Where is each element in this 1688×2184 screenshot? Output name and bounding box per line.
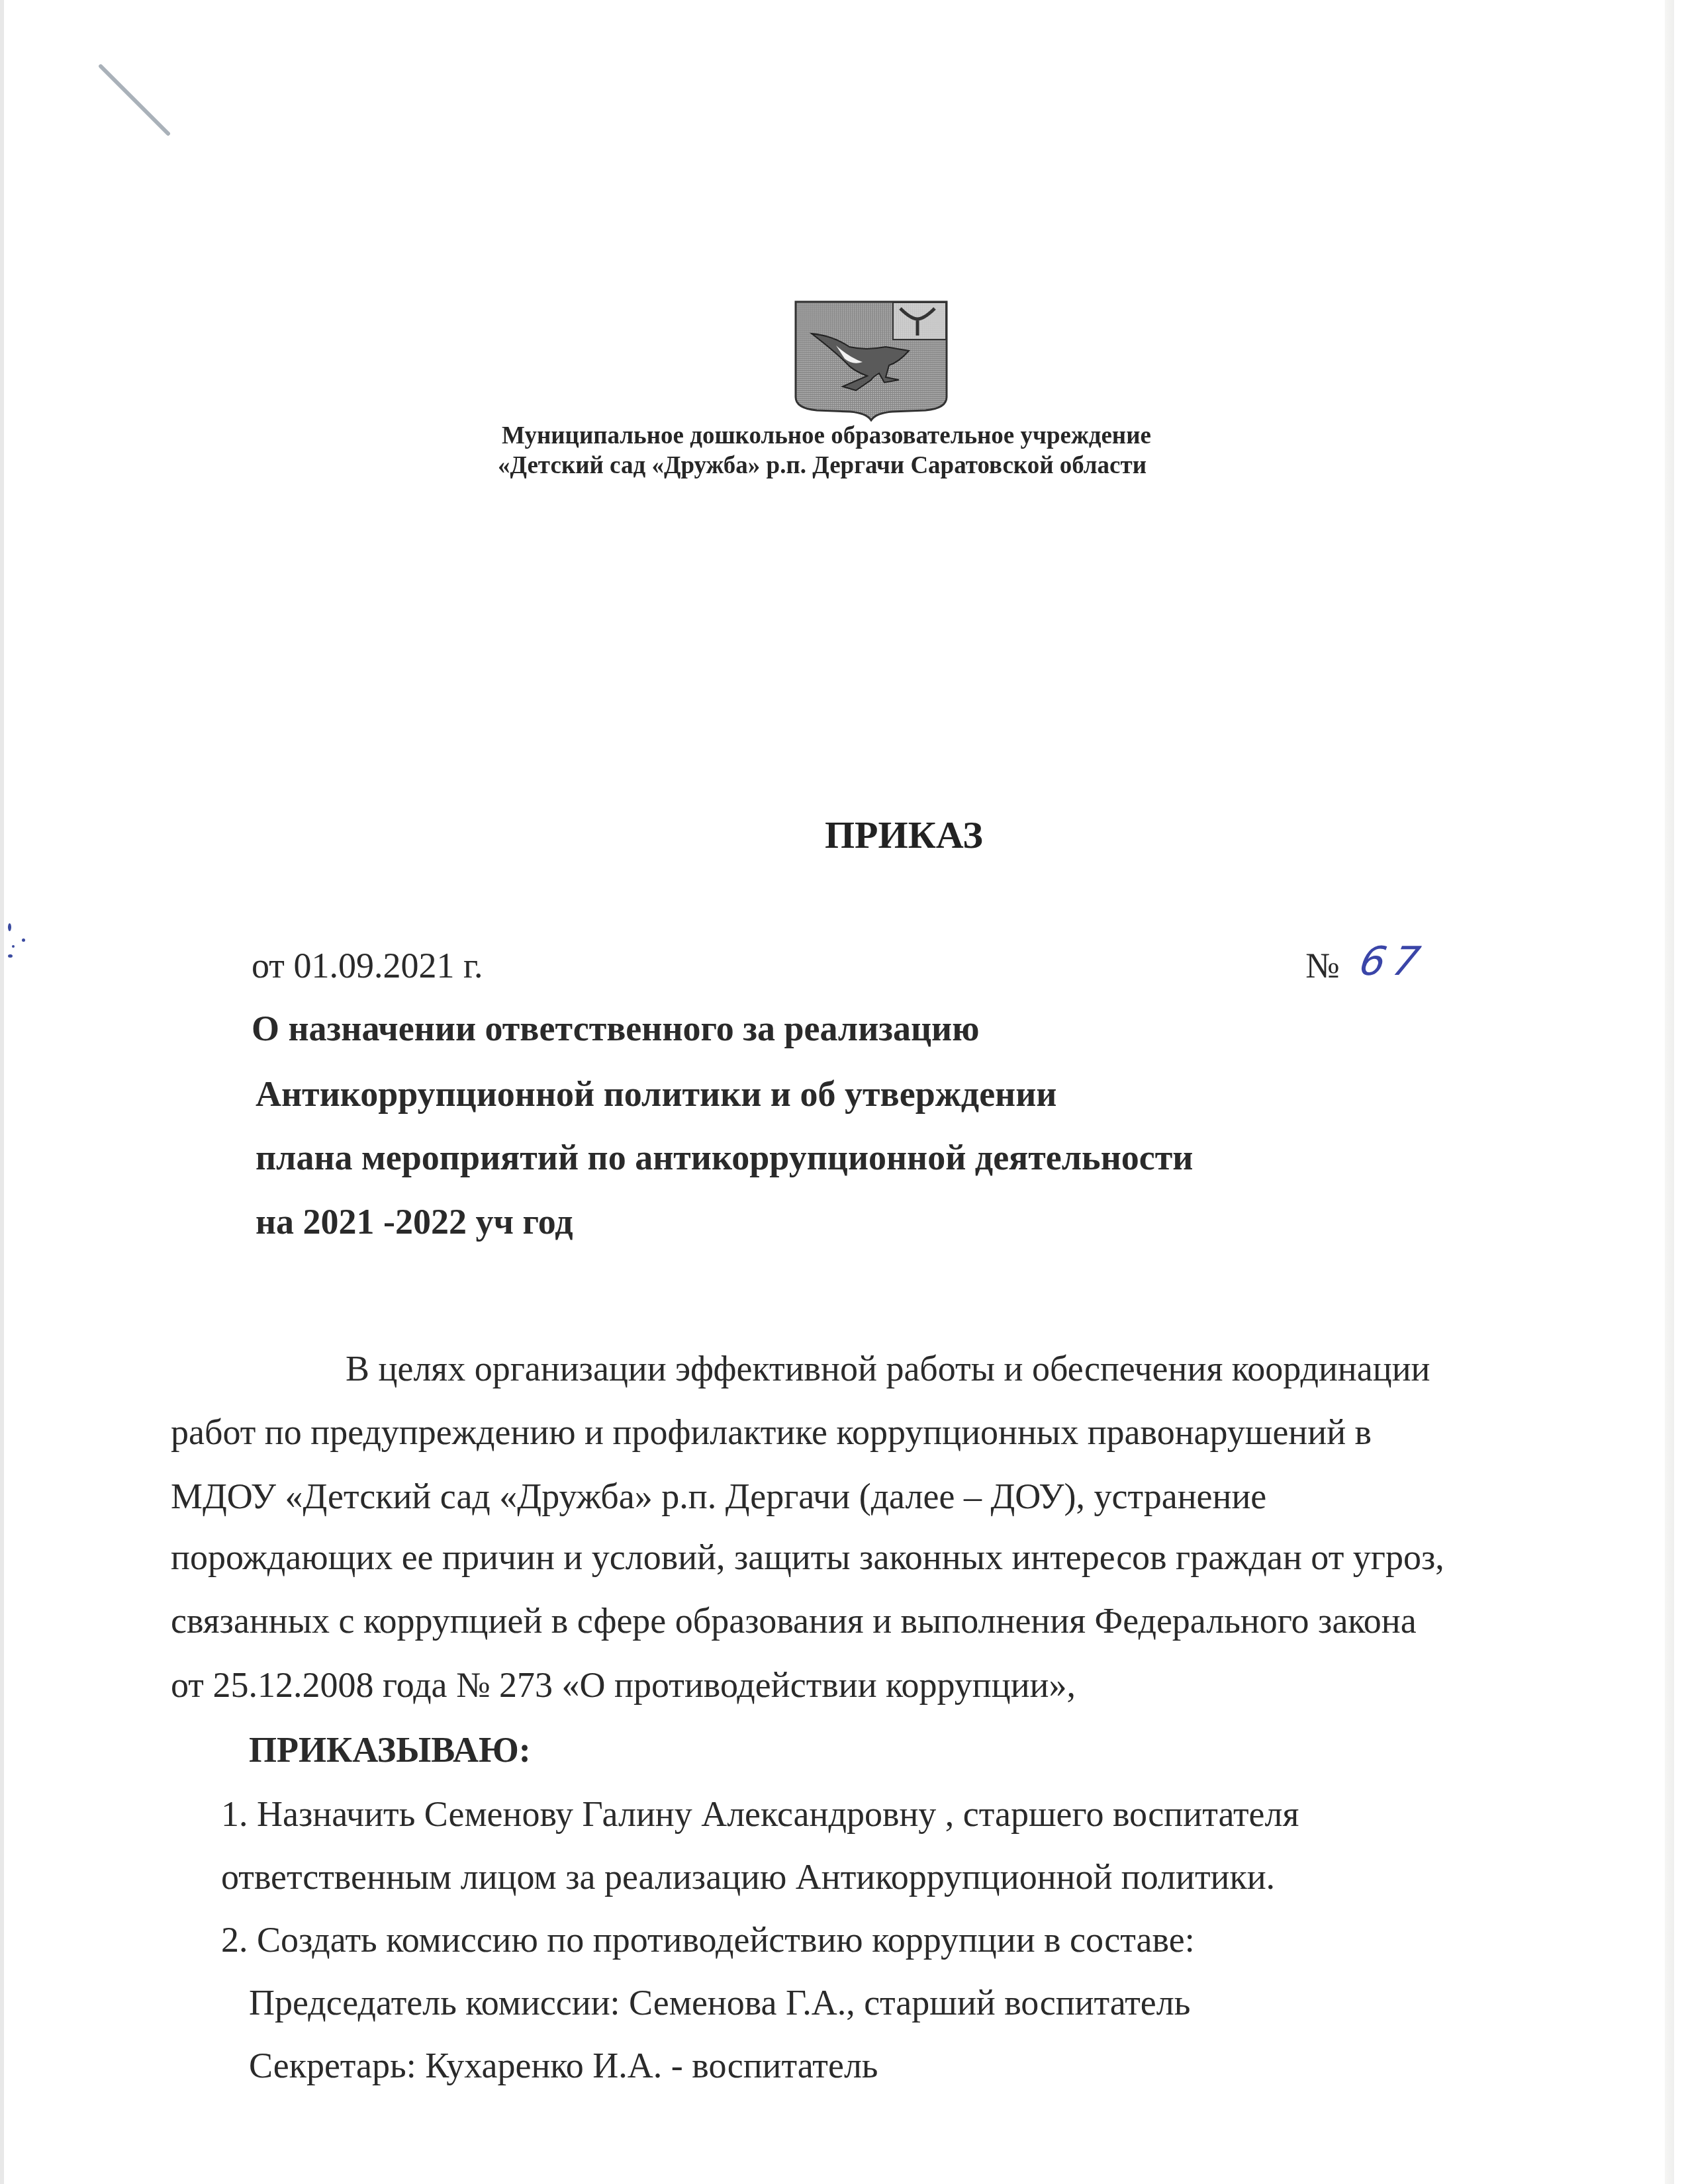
order-number-sign: № bbox=[1305, 945, 1340, 986]
coat-of-arms-icon bbox=[793, 299, 949, 422]
order-word: ПРИКАЗЫВАЮ: bbox=[249, 1729, 531, 1770]
document-type-title: ПРИКАЗ bbox=[825, 813, 983, 857]
staple-mark bbox=[98, 64, 171, 136]
subject-line: О назначении ответственного за реализаци… bbox=[252, 1008, 979, 1049]
order-item-1: 1. Назначить Семенову Галину Александров… bbox=[221, 1794, 1299, 1835]
subject-line: Антикоррупционной политики и об утвержде… bbox=[256, 1073, 1056, 1115]
org-name-line2: «Детский сад «Дружба» р.п. Дергачи Сарат… bbox=[498, 451, 1147, 480]
order-number-handwritten: 67 bbox=[1356, 938, 1432, 985]
commission-chairman: Председатель комиссии: Семенова Г.А., ст… bbox=[249, 1982, 1190, 2023]
preamble-line: порождающих ее причин и условий, защиты … bbox=[171, 1537, 1444, 1578]
scan-speck bbox=[12, 945, 15, 948]
scan-speck bbox=[22, 938, 25, 942]
preamble-line: от 25.12.2008 года № 273 «О противодейст… bbox=[171, 1664, 1076, 1706]
subject-line: плана мероприятий по антикоррупционной д… bbox=[256, 1137, 1193, 1178]
preamble-line: МДОУ «Детский сад «Дружба» р.п. Дергачи … bbox=[171, 1476, 1266, 1517]
preamble-line: связанных с коррупцией в сфере образован… bbox=[171, 1600, 1417, 1641]
scan-edge-left bbox=[0, 0, 4, 2184]
scan-speck bbox=[8, 923, 11, 931]
scan-edge-right bbox=[1665, 0, 1674, 2184]
subject-line: на 2021 -2022 уч год bbox=[256, 1201, 573, 1242]
scan-speck bbox=[8, 954, 13, 958]
preamble-line: В целях организации эффективной работы и… bbox=[346, 1348, 1430, 1389]
order-date: от 01.09.2021 г. bbox=[252, 945, 483, 986]
order-item-2: 2. Создать комиссию по противодействию к… bbox=[221, 1919, 1195, 1960]
preamble-line: работ по предупреждению и профилактике к… bbox=[171, 1412, 1372, 1453]
org-name-line1: Муниципальное дошкольное образовательное… bbox=[502, 422, 1151, 450]
order-item-1-continuation: ответственным лицом за реализацию Антико… bbox=[221, 1856, 1275, 1897]
commission-secretary: Секретарь: Кухаренко И.А. - воспитатель bbox=[249, 2045, 878, 2086]
